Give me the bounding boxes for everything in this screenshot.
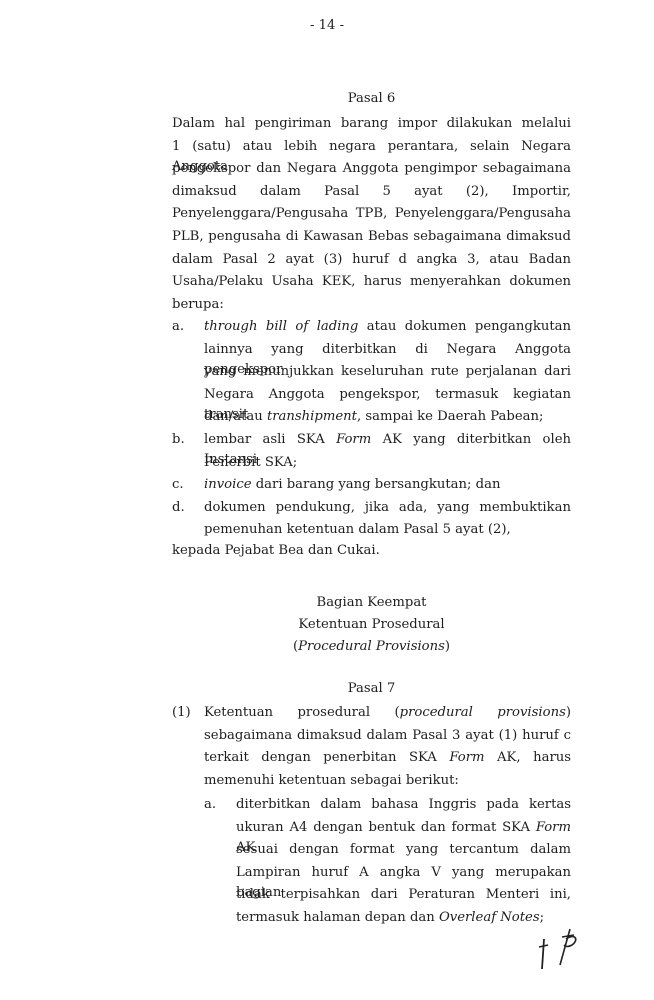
section-subtitle-en: (Procedural Provisions) [172,637,571,657]
pasal-6-intro-line: Usaha/Pelaku Usaha KEK, harus menyerahka… [172,272,571,292]
sub-item-line: sesuai dengan format yang tercantum dala… [236,840,571,860]
pasal-6-intro-line: Penyelenggara/Pengusaha TPB, Penyelengga… [172,204,571,224]
pasal-7-heading: Pasal 7 [172,679,571,699]
pasal-6-closing: kepada Pejabat Bea dan Cukai. [172,541,571,561]
list-marker: d. [172,498,185,518]
pasal-6-intro-line: Dalam hal pengiriman barang impor dilaku… [172,114,571,134]
list-item-line: pemenuhan ketentuan dalam Pasal 5 ayat (… [204,520,571,540]
pasal-6-intro-line: pengekspor dan Negara Anggota pengimpor … [172,159,571,179]
list-item-line: dan/atau transhipment, sampai ke Daerah … [204,407,571,427]
list-marker: b. [172,430,185,450]
sub-item-marker: a. [204,795,216,815]
pasal-6-intro-line: PLB, pengusaha di Kawasan Bebas sebagaim… [172,227,571,247]
sub-item-line: tidak terpisahkan dari Peraturan Menteri… [236,885,571,905]
pasal-7-para-line: memenuhi ketentuan sebagai berikut: [204,771,571,791]
section-title: Bagian Keempat [172,593,571,613]
paragraph-marker: (1) [172,703,191,723]
list-item-line: invoice dari barang yang bersangkutan; d… [204,475,571,495]
list-item-line: Penerbit SKA; [204,453,571,473]
list-marker: a. [172,317,184,337]
signature-initials-icon [536,925,588,970]
page-number: - 14 - [0,18,654,33]
list-item-line: dokumen pendukung, jika ada, yang membuk… [204,498,571,518]
pasal-6-intro-line: dalam Pasal 2 ayat (3) huruf d angka 3, … [172,250,571,270]
list-item-line: through bill of lading atau dokumen peng… [204,317,571,337]
pasal-6-intro-line: berupa: [172,295,571,315]
sub-item-line: diterbitkan dalam bahasa Inggris pada ke… [236,795,571,815]
pasal-7-para-line: Ketentuan prosedural (procedural provisi… [204,703,571,723]
pasal-6-heading: Pasal 6 [172,89,571,109]
pasal-6-intro-line: dimaksud dalam Pasal 5 ayat (2), Importi… [172,182,571,202]
pasal-7-para-line: sebagaimana dimaksud dalam Pasal 3 ayat … [204,726,571,746]
list-item-line: yang menunjukkan keseluruhan rute perjal… [204,362,571,382]
pasal-7-para-line: terkait dengan penerbitan SKA Form AK, h… [204,748,571,768]
sub-item-line: termasuk halaman depan dan Overleaf Note… [236,908,571,928]
list-marker: c. [172,475,184,495]
section-subtitle: Ketentuan Prosedural [172,615,571,635]
